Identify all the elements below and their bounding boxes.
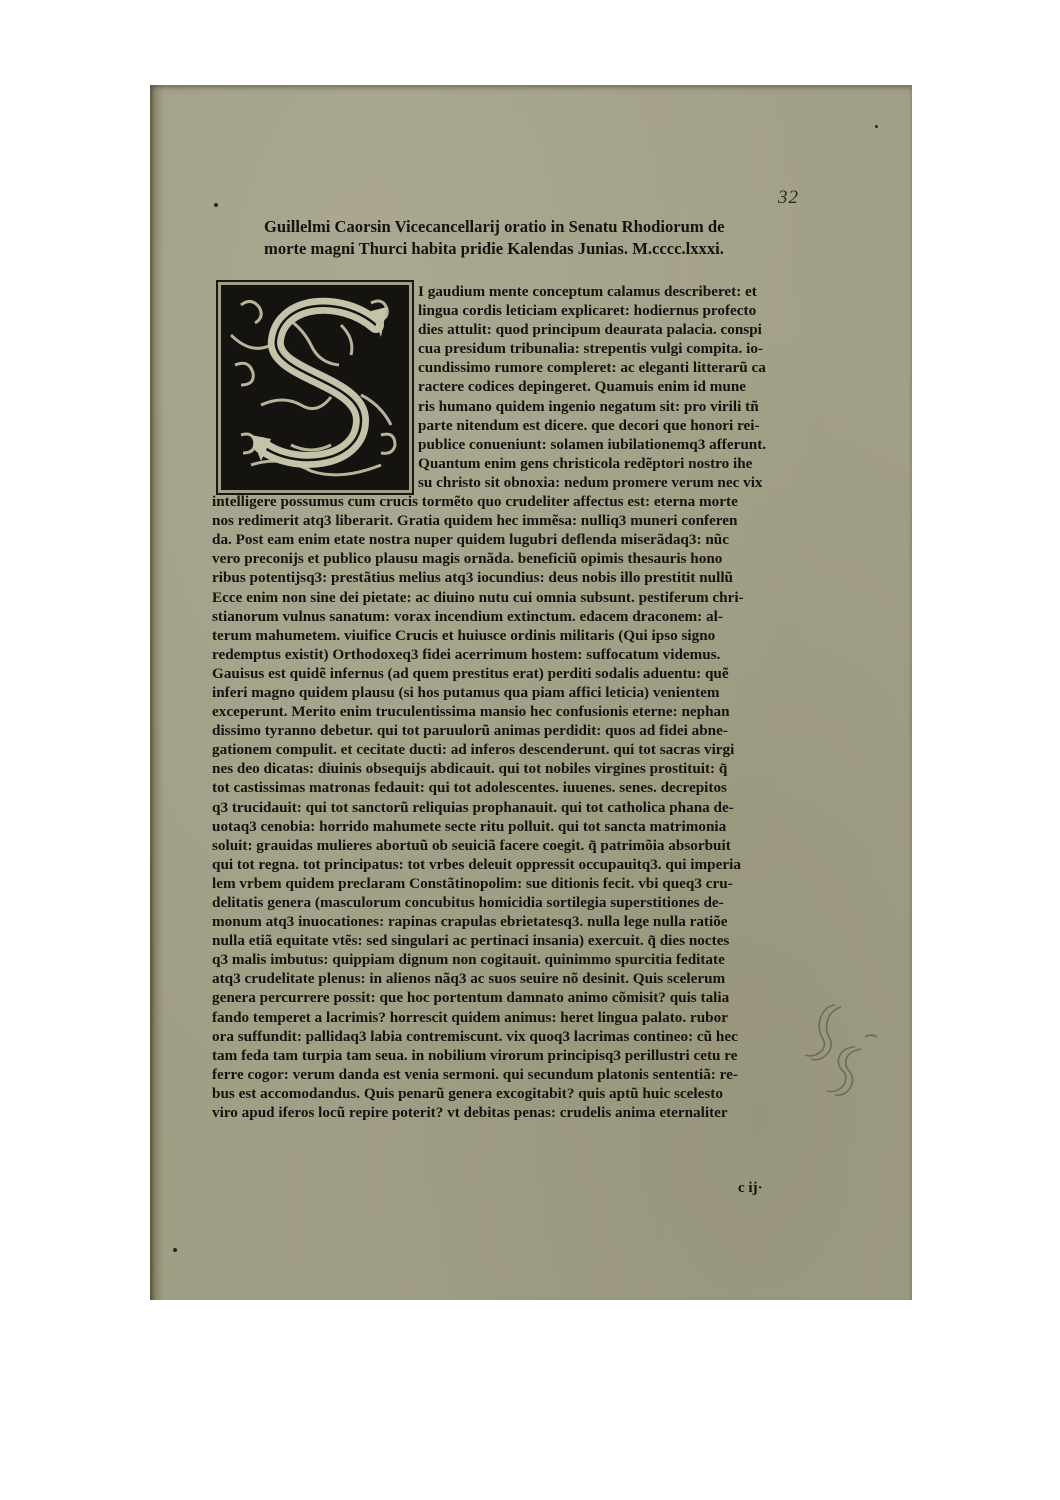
text-line: ribus potentijsq3: prestãtius melius atq… [212, 568, 812, 587]
text-line: Quantum enim gens christicola redẽptori … [212, 454, 812, 473]
oration-body-text: I gaudium mente conceptum calamus descri… [212, 282, 812, 1122]
text-line: viro apud iferos locũ repire poterit? vt… [212, 1103, 812, 1122]
text-line: genera percurrere possit: que hoc porten… [212, 988, 812, 1007]
text-line: nulla etiã equitate vtẽs: sed singulari … [212, 931, 812, 950]
oration-heading: Guillelmi Caorsin Vicecancellarij oratio… [264, 216, 804, 260]
text-line: da. Post eam enim etate nostra nuper qui… [212, 530, 812, 549]
text-line: nos redimerit atq3 liberarit. Gratia qui… [212, 511, 812, 530]
text-line: stianorum vulnus sanatum: vorax incendiu… [212, 607, 812, 626]
text-line: lingua cordis leticiam explicaret: hodie… [212, 301, 812, 320]
ink-speck [173, 1248, 177, 1252]
text-line: fando temperet a lacrimis? horrescit qui… [212, 1008, 812, 1027]
text-line: dissimo tyranno debetur. qui tot paruulo… [212, 721, 812, 740]
text-line: inferi magno quidem plausu (si hos putam… [212, 683, 812, 702]
text-line: cundissimo rumore compleret: ac eleganti… [212, 358, 812, 377]
text-line: tam feda tam turpia tam seua. in nobiliu… [212, 1046, 812, 1065]
heading-line: morte magni Thurci habita pridie Kalenda… [264, 238, 804, 260]
watermark-ss-icon [795, 997, 885, 1107]
scanned-page: 32 Guillelmi Caorsin Vicecancellarij ora… [150, 85, 912, 1300]
text-line: lem vrbem quidem preclaram Constãtinopol… [212, 874, 812, 893]
text-line: I gaudium mente conceptum calamus descri… [212, 282, 812, 301]
text-line: tot castissimas matronas fedauit: qui to… [212, 778, 812, 797]
text-line: publice conueniunt: solamen iubilationem… [212, 435, 812, 454]
text-line: Gauisus est quidẽ infernus (ad quem pres… [212, 664, 812, 683]
text-line: qui tot regna. tot principatus: tot vrbe… [212, 855, 812, 874]
text-line: monum atq3 inuocationes: rapinas crapula… [212, 912, 812, 931]
text-line: parte nitendum est dicere. que decori qu… [212, 416, 812, 435]
text-line: delitatis genera (masculorum concubitus … [212, 893, 812, 912]
ink-speck [875, 125, 878, 128]
text-line: dies attulit: quod principum deaurata pa… [212, 320, 812, 339]
text-line: q3 trucidauit: qui tot sanctorũ reliquia… [212, 798, 812, 817]
text-line: gationem compulit. et cecitate ducti: ad… [212, 740, 812, 759]
text-line: ora suffundit: pallidaq3 labia contremis… [212, 1027, 812, 1046]
text-line: cua presidum tribunalia: strepentis vulg… [212, 339, 812, 358]
text-line: Ecce enim non sine dei pietate: ac diuin… [212, 588, 812, 607]
text-line: ractere codices depingeret. Quamuis enim… [212, 377, 812, 396]
text-line: exceperunt. Merito enim truculentissima … [212, 702, 812, 721]
signature-mark: c ij· [738, 1180, 763, 1197]
text-line: vero preconijs et publico plausu magis o… [212, 549, 812, 568]
text-line: intelligere possumus cum crucis tormẽto … [212, 492, 812, 511]
text-line: su christo sit obnoxia: nedum promere ve… [212, 473, 812, 492]
text-line: nes deo dicatas: diuinis obsequijs abdic… [212, 759, 812, 778]
ink-speck [214, 203, 218, 207]
folio-number: 32 [778, 187, 799, 209]
text-line: bus est accomodandus. Quis penarũ genera… [212, 1084, 812, 1103]
text-line: q3 malis imbutus: quippiam dignum non co… [212, 950, 812, 969]
text-line: atq3 crudelitate plenus: in alienos nãq3… [212, 969, 812, 988]
text-line: ferre cogor: verum danda est venia sermo… [212, 1065, 812, 1084]
text-line: terum mahumetem. viuifice Crucis et huiu… [212, 626, 812, 645]
text-line: soluit: grauidas mulieres abortuũ ob seu… [212, 836, 812, 855]
text-line: redemptus existit) Orthodoxeq3 fidei ace… [212, 645, 812, 664]
text-line: uotaq3 cenobia: horrido mahumete secte r… [212, 817, 812, 836]
text-line: ris humano quidem ingenio negatum sit: p… [212, 397, 812, 416]
heading-line: Guillelmi Caorsin Vicecancellarij oratio… [264, 216, 804, 238]
